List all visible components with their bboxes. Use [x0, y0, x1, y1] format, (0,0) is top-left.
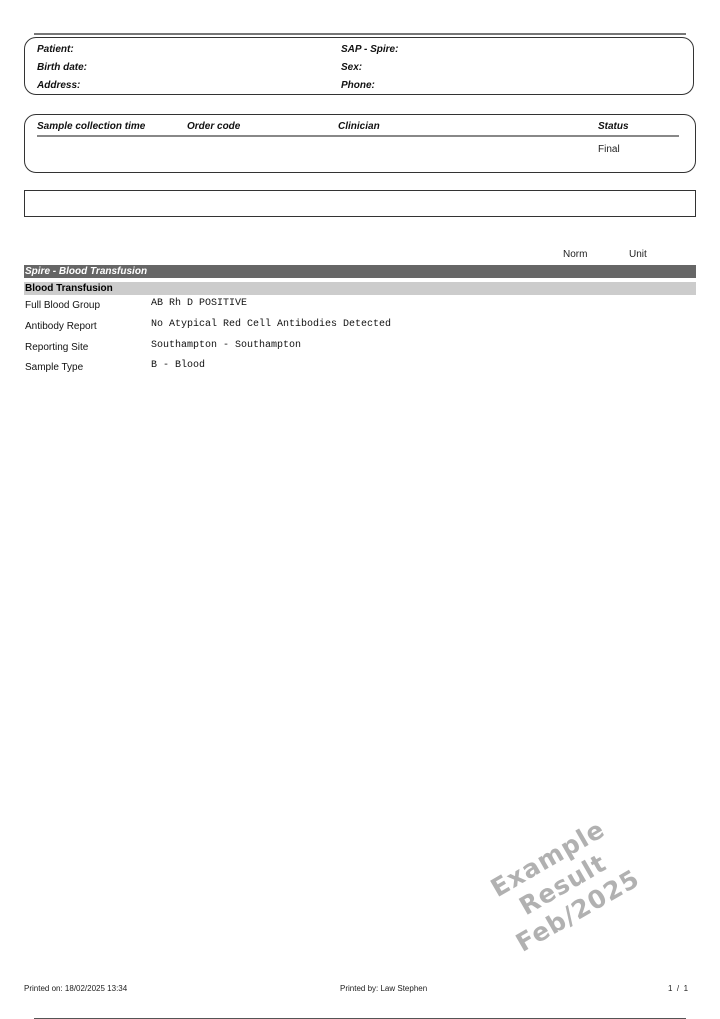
result-value: Southampton - Southampton	[151, 340, 301, 351]
order-code-header: Order code	[187, 121, 240, 132]
unit-column-header: Unit	[629, 249, 647, 260]
result-value: No Atypical Red Cell Antibodies Detected	[151, 319, 391, 330]
sap-spire-label: SAP - Spire:	[341, 44, 398, 55]
printed-on: Printed on: 18/02/2025 13:34	[24, 984, 127, 993]
result-value: B - Blood	[151, 360, 205, 371]
page-number: 1 / 1	[668, 984, 688, 993]
patient-info-box: Patient: Birth date: Address: SAP - Spir…	[24, 37, 694, 95]
result-label: Sample Type	[25, 362, 83, 373]
birth-date-label: Birth date:	[37, 62, 87, 73]
norm-column-header: Norm	[563, 249, 587, 260]
result-row: Sample Type B - Blood	[24, 360, 696, 378]
result-label: Antibody Report	[25, 321, 97, 332]
section-header: Spire - Blood Transfusion	[24, 265, 696, 278]
phone-label: Phone:	[341, 80, 375, 91]
result-value: AB Rh D POSITIVE	[151, 298, 247, 309]
subsection-header: Blood Transfusion	[24, 282, 696, 295]
printed-by: Printed by: Law Stephen	[340, 984, 427, 993]
result-row: Antibody Report No Atypical Red Cell Ant…	[24, 319, 696, 337]
clinician-header: Clinician	[338, 121, 380, 132]
sample-collection-time-header: Sample collection time	[37, 121, 145, 132]
result-row: Reporting Site Southampton - Southampton	[24, 340, 696, 358]
top-divider	[34, 33, 686, 35]
status-value: Final	[598, 144, 620, 155]
address-label: Address:	[37, 80, 80, 91]
result-label: Full Blood Group	[25, 300, 100, 311]
watermark: Example Result Feb/2025	[441, 789, 685, 982]
status-header: Status	[598, 121, 629, 132]
result-label: Reporting Site	[25, 342, 88, 353]
comment-box	[24, 190, 696, 217]
order-header-divider	[37, 135, 679, 137]
order-info-box: Sample collection time Order code Clinic…	[24, 114, 696, 173]
patient-label: Patient:	[37, 44, 74, 55]
sex-label: Sex:	[341, 62, 362, 73]
result-row: Full Blood Group AB Rh D POSITIVE	[24, 298, 696, 316]
